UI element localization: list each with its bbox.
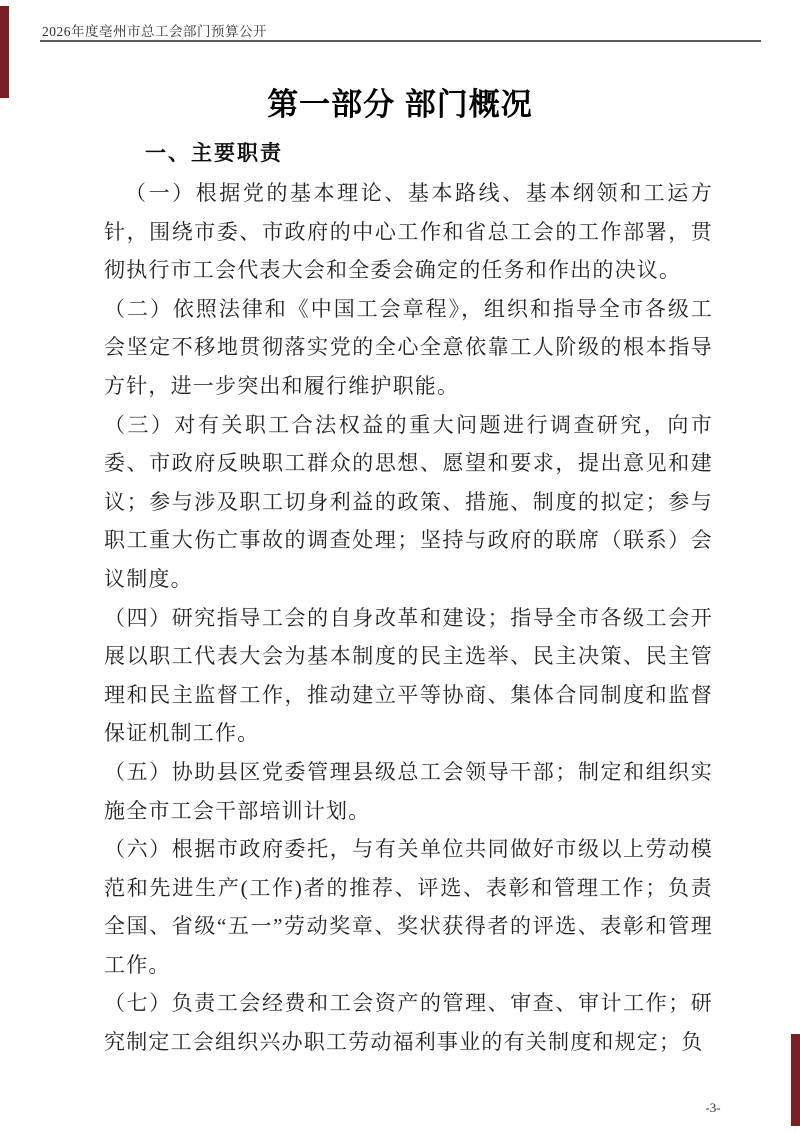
document-title: 第一部分 部门概况 [0,79,800,124]
page-header-text: 2026年度亳州市总工会部门预算公开 [42,20,267,40]
paragraph-3: （三）对有关职工合法权益的重大问题进行调查研究，向市委、市政府反映职工群众的思想… [104,406,713,599]
paragraph-4: （四）研究指导工会的自身改革和建设；指导全市各级工会开展以职工代表大会为基本制度… [104,599,713,753]
paragraph-5: （五）协助县区党委管理县级总工会领导干部；制定和组织实施全市工会干部培训计划。 [104,753,713,830]
red-edge-mark-bottom-right [791,1034,800,1126]
section-heading: 一、主要职责 [145,137,283,167]
paragraph-7: （七）负责工会经费和工会资产的管理、审查、审计工作；研究制定工会组织兴办职工劳动… [104,984,713,1061]
paragraph-1: （一）根据党的基本理论、基本路线、基本纲领和工运方针，围绕市委、市政府的中心工作… [104,174,713,290]
header-rule [40,40,761,42]
page-number: -3- [688,1100,738,1116]
paragraph-2: （二）依照法律和《中国工会章程》，组织和指导全市各级工会坚定不移地贯彻落实党的全… [104,290,713,406]
body-text: （一）根据党的基本理论、基本路线、基本纲领和工运方针，围绕市委、市政府的中心工作… [104,174,713,1062]
document-page: 2026年度亳州市总工会部门预算公开 第一部分 部门概况 一、主要职责 （一）根… [0,0,800,1132]
paragraph-6: （六）根据市政府委托，与有关单位共同做好市级以上劳动模范和先进生产(工作)者的推… [104,830,713,984]
